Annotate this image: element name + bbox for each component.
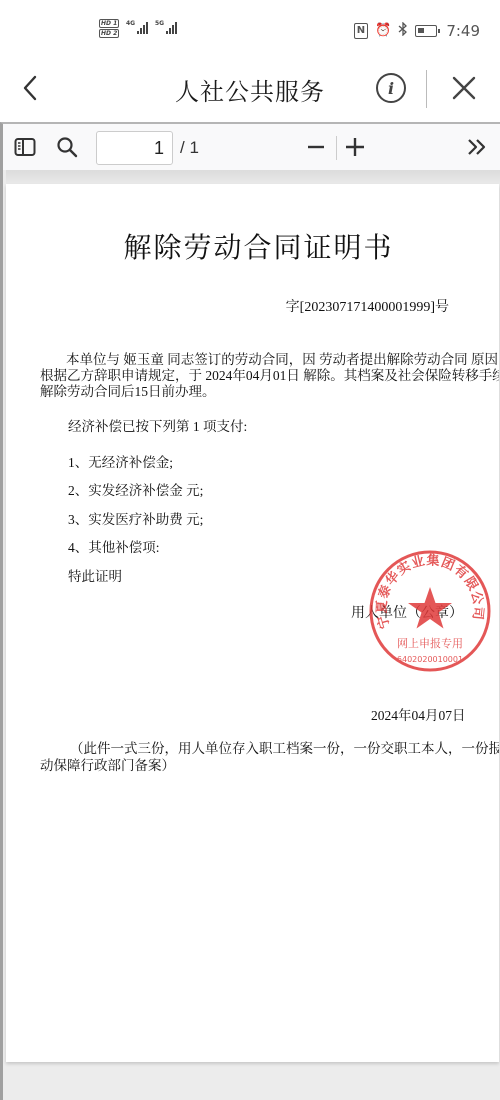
viewer-top-shadow — [6, 170, 500, 184]
signal-4g-icon: 4G — [126, 20, 148, 34]
close-button[interactable] — [448, 72, 480, 104]
nfc-icon: N — [354, 23, 368, 39]
bluetooth-icon — [398, 22, 408, 40]
sim2-badge: HD 2 — [99, 29, 119, 38]
sim-indicators: HD 1 HD 2 — [99, 18, 121, 38]
certify-text: 特此证明 — [12, 565, 122, 585]
compensation-item: 3、实发医疗补助费 元; — [12, 508, 203, 528]
double-chevron-right-icon — [466, 137, 488, 157]
header-divider — [426, 70, 427, 108]
page-title: 人社公共服务 — [0, 72, 500, 107]
document-note: （此件一式三份，用人单位存入职工档案一份，一份交职工本人，一份报劳 动保障行政部… — [6, 740, 499, 774]
sim1-badge: HD 1 — [99, 19, 119, 28]
document-date: 2024年04月07日 — [371, 704, 466, 724]
compensation-intro: 经济补偿已按下列第 1 项支付: — [12, 415, 247, 435]
company-seal-icon: 宁夏泰华实业集团有限公司 网上申报专用 6402020010001 — [368, 549, 492, 673]
close-icon — [448, 72, 480, 104]
zoom-in-button[interactable] — [342, 134, 368, 160]
more-tools-button[interactable] — [464, 134, 490, 160]
document-title: 解除劳动合同证明书 — [6, 226, 499, 266]
battery-icon — [415, 25, 437, 37]
info-icon: i — [388, 79, 394, 98]
seal-purpose: 网上申报专用 — [397, 636, 463, 650]
sidebar-toggle-button[interactable] — [12, 134, 38, 160]
page-total: / 1 — [180, 138, 199, 158]
zoom-out-button[interactable] — [303, 134, 329, 160]
zoom-divider — [336, 136, 337, 160]
search-icon — [55, 135, 79, 159]
note-line: （此件一式三份，用人单位存入职工档案一份，一份交职工本人，一份报劳 — [6, 740, 499, 757]
sidebar-toggle-icon — [14, 137, 36, 157]
paragraph-line: 解除劳动合同后15日前办理。 — [6, 384, 499, 400]
pdf-viewer[interactable]: 解除劳动合同证明书 字[20230717140000199​9]号 本单位与 姬… — [0, 170, 500, 1100]
document-reference: 字[20230717140000199​9]号 — [286, 296, 449, 316]
minus-icon — [306, 137, 326, 157]
plus-icon — [344, 136, 366, 158]
info-button[interactable]: i — [376, 73, 406, 103]
compensation-item: 2、实发经济补偿金 元; — [12, 479, 203, 499]
pdf-toolbar: / 1 — [0, 122, 500, 170]
status-icons: N ⏰ 7:49 — [354, 22, 480, 40]
search-button[interactable] — [54, 134, 80, 160]
document-paragraph: 本单位与 姬玉童 同志签订的劳动合同，因 劳动者提出解除劳动合同 原因， 根据乙… — [6, 352, 499, 400]
app-header: 人社公共服务 i — [0, 58, 500, 120]
pdf-page: 解除劳动合同证明书 字[20230717140000199​9]号 本单位与 姬… — [6, 184, 499, 1062]
status-bar: HD 1 HD 2 4G 5G N ⏰ 7:49 — [0, 0, 500, 58]
note-line: 动保障行政部门备案） — [6, 757, 499, 774]
paragraph-line: 根据乙方辞职申请规定，于 2024年04月01日 解除。其档案及社会保险转移手续 — [6, 368, 499, 384]
compensation-item: 4、其他补偿项: — [12, 536, 160, 556]
page-number-input[interactable] — [96, 131, 173, 165]
paragraph-line: 本单位与 姬玉童 同志签订的劳动合同，因 劳动者提出解除劳动合同 原因， — [6, 352, 499, 368]
clock: 7:49 — [446, 22, 480, 40]
alarm-icon: ⏰ — [375, 24, 391, 38]
seal-code: 6402020010001 — [397, 655, 463, 664]
signal-5g-icon: 5G — [155, 20, 177, 34]
compensation-item: 1、无经济补偿金; — [12, 451, 173, 471]
